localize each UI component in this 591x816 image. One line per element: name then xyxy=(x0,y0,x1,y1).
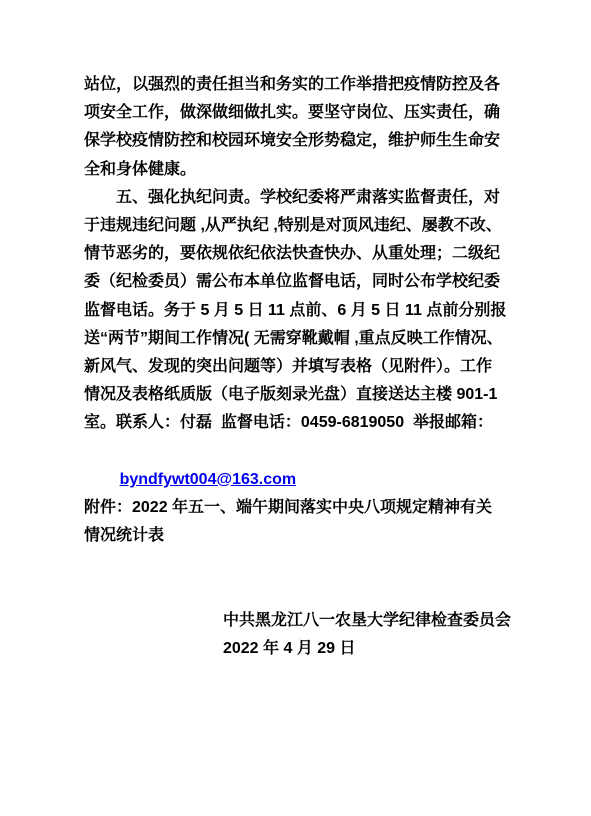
paragraph-discipline-enforcement: 五、强化执纪问责。学校纪委将严肃落实监督责任，对 于违规违纪问题 ,从严执纪 ,… xyxy=(84,184,511,466)
text-line: 室。联系人：付磊 监督电话：0459-6819050 举报邮箱： xyxy=(84,409,511,437)
blank-line xyxy=(84,578,511,606)
text-line: 送“两节”期间工作情况( 无需穿靴戴帽 ,重点反映工作情况、 xyxy=(84,325,511,353)
paragraph-epidemic-prevention: 站位，以强烈的责任担当和务实的工作举措把疫情防控及各 项安全工作，做深做细做扎实… xyxy=(84,71,511,184)
text-line: 于违规违纪问题 ,从严执纪 ,特别是对顶风违纪、屡教不改、 xyxy=(84,212,511,240)
text-line: 情况及表格纸质版（电子版刻录光盘）直接送达主楼 901-1 xyxy=(84,381,511,409)
document-page: 站位，以强烈的责任担当和务实的工作举措把疫情防控及各 项安全工作，做深做细做扎实… xyxy=(0,0,591,816)
text-line: 站位，以强烈的责任担当和务实的工作举措把疫情防控及各 xyxy=(84,71,511,99)
attachment-note: 附件：2022 年五一、端午期间落实中央八项规定精神有关 情况统计表 xyxy=(84,494,511,550)
text-line: 监督电话。务于 5 月 5 日 11 点前、6 月 5 日 11 点前分别报 xyxy=(84,297,511,325)
signature-block: 中共黑龙江八一农垦大学纪律检查委员会 2022 年 4 月 29 日 xyxy=(84,607,511,663)
blank-line xyxy=(84,550,511,578)
signature-line: 中共黑龙江八一农垦大学纪律检查委员会 xyxy=(223,607,511,635)
text-line: 保学校疫情防控和校园环境安全形势稳定，维护师生生命安 xyxy=(84,127,511,155)
text-line: 全和身体健康。 xyxy=(84,156,511,184)
text-line: 委（纪检委员）需公布本单位监督电话，同时公布学校纪委 xyxy=(84,268,511,296)
document-text-block: 站位，以强烈的责任担当和务实的工作举措把疫情防控及各 项安全工作，做深做细做扎实… xyxy=(84,71,511,663)
text-line: 新风气、发现的突出问题等）并填写表格（见附件）。工作 xyxy=(84,353,511,381)
signature-inner: 中共黑龙江八一农垦大学纪律检查委员会 2022 年 4 月 29 日 xyxy=(223,607,511,663)
email-link[interactable]: byndfywt004@163.com xyxy=(120,471,297,488)
text-line: 五、强化执纪问责。学校纪委将严肃落实监督责任，对 xyxy=(84,184,511,212)
text-line: 情节恶劣的，要依规依纪依法快查快办、从重处理；二级纪 xyxy=(84,240,511,268)
text-line: 情况统计表 xyxy=(84,522,511,550)
text-line: 附件：2022 年五一、端午期间落实中央八项规定精神有关 xyxy=(84,494,511,522)
date-line: 2022 年 4 月 29 日 xyxy=(223,635,511,663)
text-line: 项安全工作，做深做细做扎实。要坚守岗位、压实责任，确 xyxy=(84,99,511,127)
email-line: byndfywt004@163.com xyxy=(84,437,511,465)
